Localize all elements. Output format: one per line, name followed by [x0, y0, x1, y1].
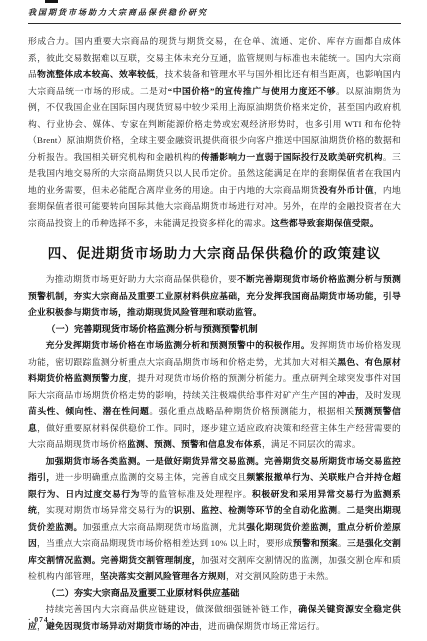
subsection-1-paragraph-1: 充分发挥期货市场价格在市场监测分析和预测预警中的积极作用。发挥期货市场价格发现功…: [28, 337, 401, 453]
page-footer: · 074 ·: [28, 615, 55, 624]
print-mark: [45, 0, 58, 3]
subsection-heading-1: （一）完善期现货市场价格监测分析与预测预警机制: [28, 321, 401, 338]
paragraph-continuation: 形成合力。国内重要大宗商品的现货与期货交易，在仓单、流通、定价、库存方面都自成体…: [28, 33, 401, 231]
page-number: · 074 ·: [28, 615, 55, 624]
intro-paragraph: 为推动期货市场更好助力大宗商品保供稳价，要不断完善期现货市场价格监测分析与预测预…: [28, 271, 401, 321]
document-page: 我国期货市场助力大宗商品保供稳价研究 形成合力。国内重要大宗商品的现货与期货交易…: [0, 0, 427, 641]
section-heading: 四、促进期货市场助力大宗商品保供稳价的政策建议: [28, 242, 401, 262]
page-body: 形成合力。国内重要大宗商品的现货与期货交易，在仓单、流通、定价、库存方面都自成体…: [28, 33, 401, 634]
subsection-1-paragraph-2: 加强期货市场各类监测。一是做好期货异常交易监测。完善期货交易所期货市场交易监控指…: [28, 453, 401, 585]
running-title: 我国期货市场助力大宗商品保供稳价研究: [28, 7, 401, 18]
page-header: 我国期货市场助力大宗商品保供稳价研究: [28, 0, 401, 24]
subsection-2-paragraph-1: 持续完善国内大宗商品供应链建设，做深做细强链补链工作，确保关键资源安全稳定供应，…: [28, 601, 401, 634]
subsection-heading-2: （二）夯实大宗商品及重要工业原材料供应基础: [28, 585, 401, 602]
